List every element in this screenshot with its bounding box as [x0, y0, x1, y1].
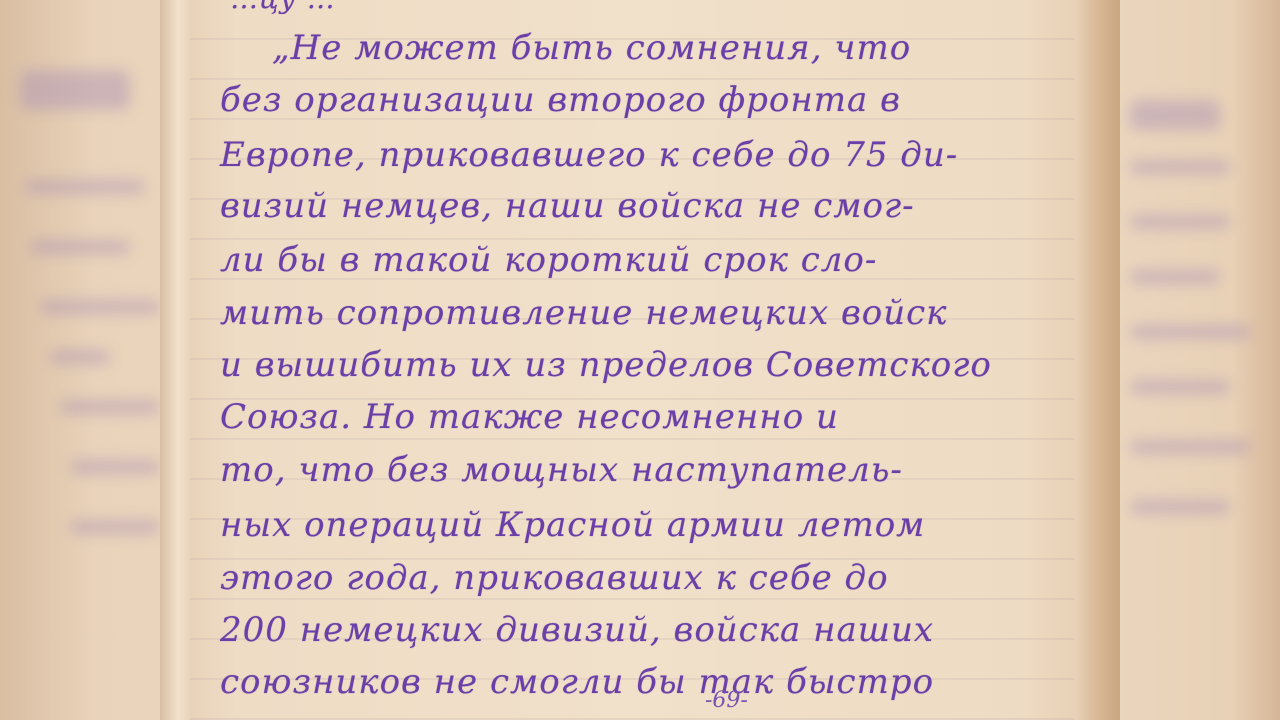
page-stack-edge — [1075, 0, 1120, 720]
handwritten-line: этого года, приковавших к себе до — [220, 558, 1050, 598]
handwritten-line: без организации второго фронта в — [220, 80, 1050, 120]
handwritten-line: 200 немецких дивизий, войска наших — [220, 610, 1050, 650]
handwritten-line: визий немцев, наши войска не смог- — [220, 186, 1050, 226]
blurred-background-left — [0, 0, 160, 720]
partial-top-line: …цу … — [230, 0, 1050, 15]
handwritten-line: Союза. Но также несомненно и — [220, 397, 1050, 437]
notebook-page: …цу … „Не может быть сомнения, что без о… — [160, 0, 1120, 720]
handwritten-line: то, что без мощных наступатель- — [220, 450, 1050, 490]
handwritten-line: Европе, приковавшего к себе до 75 ди- — [220, 135, 1050, 175]
handwritten-line: мить сопротивление немецких войск — [220, 293, 1050, 333]
page-binding-edge — [160, 0, 190, 720]
handwritten-line: и вышибить их из пределов Советского — [220, 345, 1050, 385]
handwritten-line: союзников не смогли бы так быстро — [220, 662, 1050, 702]
blurred-background-right — [1120, 0, 1280, 720]
handwritten-line: ных операций Красной армии летом — [220, 505, 1050, 545]
handwritten-line: ли бы в такой короткий срок сло- — [220, 240, 1050, 280]
page-number: -69- — [705, 688, 748, 713]
handwritten-line: „Не может быть сомнения, что — [272, 28, 1050, 68]
